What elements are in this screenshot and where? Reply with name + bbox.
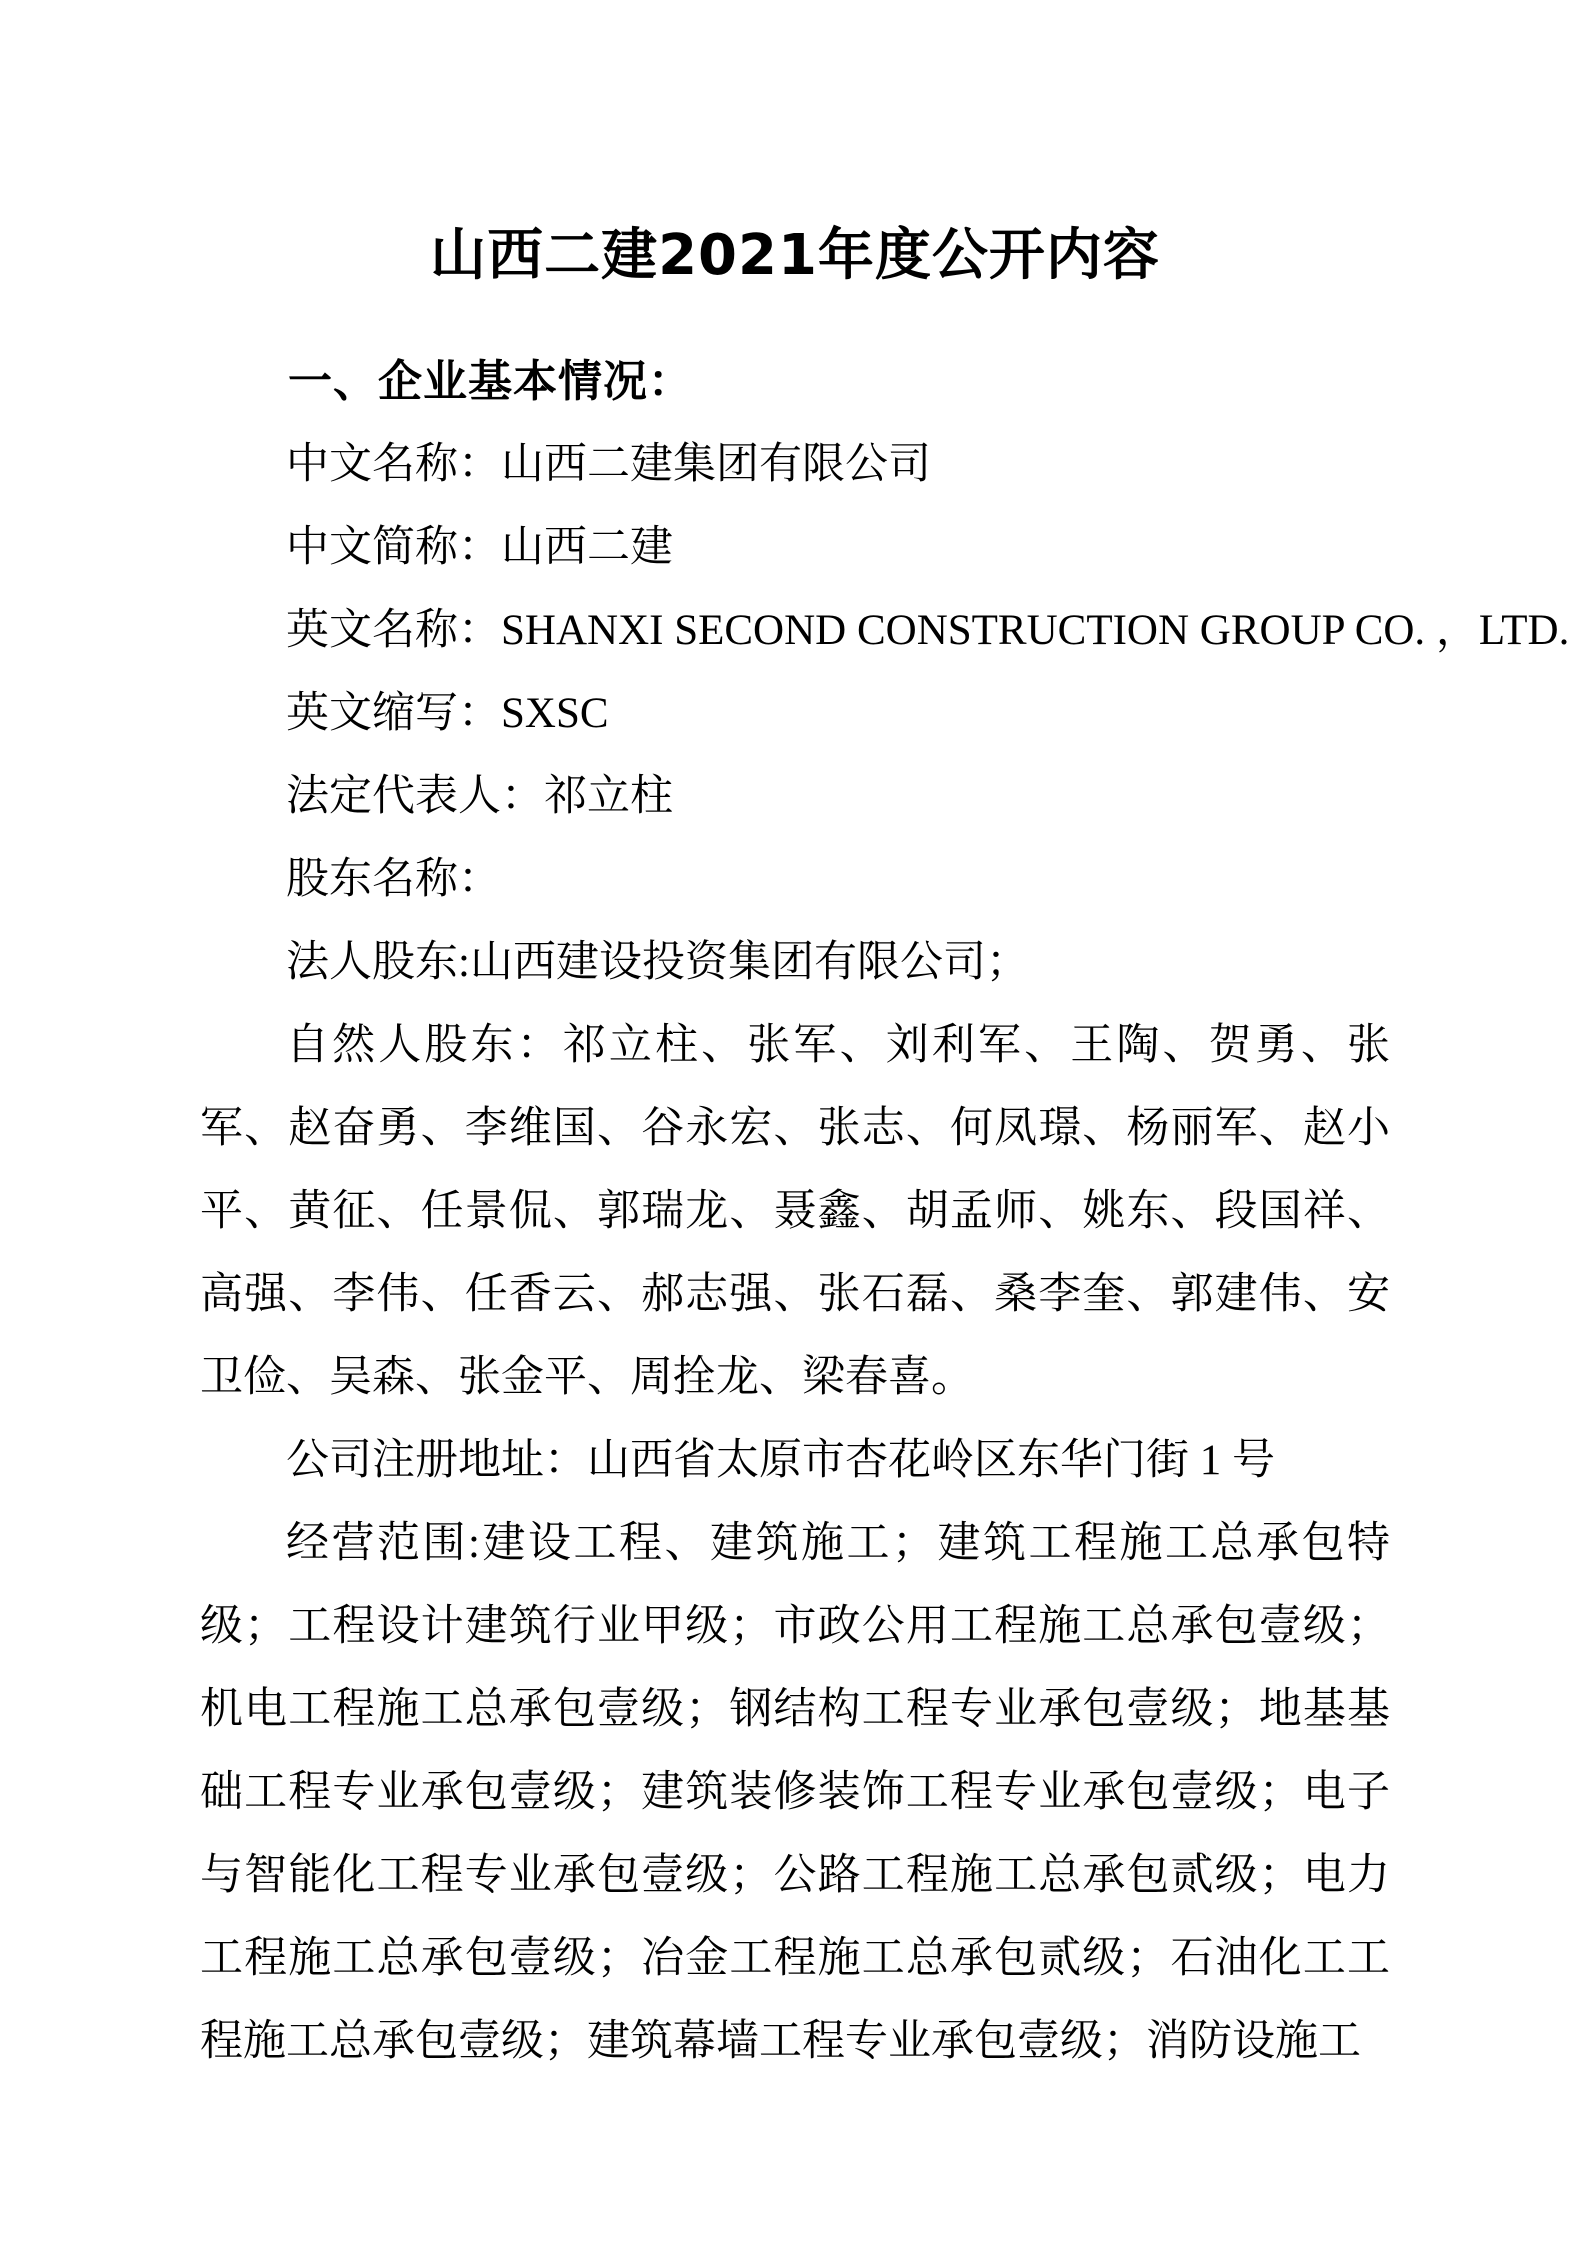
paragraph-chinese-name: 中文名称：山西二建集团有限公司 bbox=[200, 423, 1390, 506]
section-heading-basic-info: 一、企业基本情况： bbox=[200, 340, 1390, 423]
paragraph-legal-representative: 法定代表人：祁立柱 bbox=[200, 755, 1390, 838]
paragraph-english-name: 英文名称：SHANXI SECOND CONSTRUCTION GROUP CO… bbox=[200, 589, 1390, 672]
paragraph-corporate-shareholder: 法人股东:山西建设投资集团有限公司； bbox=[200, 921, 1390, 1004]
paragraph-individual-shareholders: 自然人股东：祁立柱、张军、刘利军、王陶、贺勇、张军、赵奋勇、李维国、谷永宏、张志… bbox=[200, 1004, 1390, 1419]
paragraph-english-abbreviation: 英文缩写：SXSC bbox=[200, 672, 1390, 755]
document-title: 山西二建2021年度公开内容 bbox=[200, 212, 1390, 300]
document-page: 山西二建2021年度公开内容 一、企业基本情况： 中文名称：山西二建集团有限公司… bbox=[0, 0, 1587, 2245]
document-body: 一、企业基本情况： 中文名称：山西二建集团有限公司 中文简称：山西二建 英文名称… bbox=[200, 340, 1390, 2083]
paragraph-shareholder-names-label: 股东名称： bbox=[200, 838, 1390, 921]
paragraph-registered-address: 公司注册地址：山西省太原市杏花岭区东华门街 1 号 bbox=[200, 1419, 1390, 1502]
paragraph-chinese-abbreviation: 中文简称：山西二建 bbox=[200, 506, 1390, 589]
paragraph-business-scope: 经营范围:建设工程、建筑施工；建筑工程施工总承包特级；工程设计建筑行业甲级；市政… bbox=[200, 1502, 1390, 2083]
